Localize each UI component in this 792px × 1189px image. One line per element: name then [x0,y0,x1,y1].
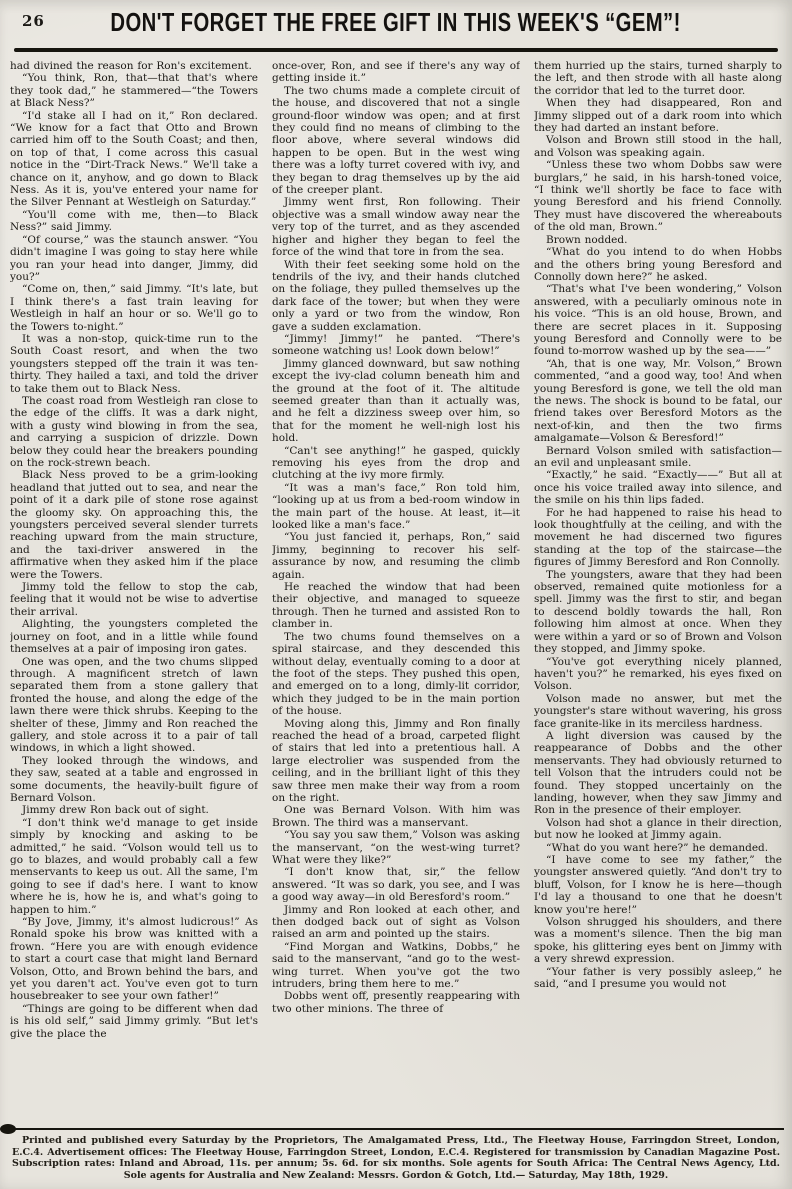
story-column-1: had divined the reason for Ron's excitem… [10,60,258,1124]
story-paragraph: had divined the reason for Ron's excitem… [10,60,258,72]
story-paragraph: Volson shrugged his shoulders, and there… [534,916,782,966]
story-paragraph: The two chums found themselves on a spir… [272,631,520,718]
story-paragraph: They looked through the windows, and the… [10,755,258,805]
story-paragraph: Jimmy drew Ron back out of sight. [10,804,258,816]
story-paragraph: Volson and Brown still stood in the hall… [534,134,782,159]
story-columns: had divined the reason for Ron's excitem… [0,60,792,1124]
story-paragraph: “Come on, then,” said Jimmy. “It's late,… [10,283,258,333]
story-paragraph: Black Ness proved to be a grim-looking h… [10,469,258,581]
story-column-2: once-over, Ron, and see if there's any w… [272,60,520,1124]
story-paragraph: “I don't think we'd manage to get inside… [10,817,258,916]
story-paragraph: “You'll come with me, then—to Black Ness… [10,209,258,234]
story-paragraph: Volson made no answer, but met the young… [534,693,782,730]
story-paragraph: “What do you want here?” he demanded. [534,842,782,854]
page-number: 26 [22,12,45,30]
story-paragraph: The coast road from Westleigh ran close … [10,395,258,469]
footer-rule [10,1128,784,1130]
story-paragraph: “Of course,” was the staunch answer. “Yo… [10,234,258,284]
story-paragraph: Dobbs went off, presently reappearing wi… [272,990,520,1015]
story-paragraph: them hurried up the stairs, turned sharp… [534,60,782,97]
story-paragraph: With their feet seeking some hold on the… [272,259,520,333]
story-paragraph: once-over, Ron, and see if there's any w… [272,60,520,85]
page-header: 26 DON'T FORGET THE FREE GIFT IN THIS WE… [0,0,792,47]
story-paragraph: One was open, and the two chums slipped … [10,656,258,755]
story-paragraph: “You think, Ron, that—that that's where … [10,72,258,109]
story-paragraph: “That's what I've been wondering,” Volso… [534,283,782,357]
story-paragraph: “What do you intend to do when Hobbs and… [534,246,782,283]
story-paragraph: Bernard Volson smiled with satisfaction—… [534,445,782,470]
header-banner: DON'T FORGET THE FREE GIFT IN THIS WEEK'… [111,7,681,38]
header-rule [14,48,778,52]
story-paragraph: “I don't know that, sir,” the fellow ans… [272,866,520,903]
story-paragraph: “Jimmy! Jimmy!” he panted. “There's some… [272,333,520,358]
story-paragraph: “I have come to see my father,” the youn… [534,854,782,916]
story-paragraph: He reached the window that had been thei… [272,581,520,631]
story-paragraph: “Ah, that is one way, Mr. Volson,” Brown… [534,358,782,445]
story-paragraph: One was Bernard Volson. With him was Bro… [272,804,520,829]
story-paragraph: Jimmy and Ron looked at each other, and … [272,904,520,941]
story-paragraph: “By Jove, Jimmy, it's almost ludicrous!”… [10,916,258,1003]
story-paragraph: “I'd stake all I had on it,” Ron declare… [10,110,258,209]
story-paragraph: “Your father is very possibly asleep,” h… [534,966,782,991]
story-paragraph: It was a non-stop, quick-time run to the… [10,333,258,395]
story-paragraph: Jimmy told the fellow to stop the cab, f… [10,581,258,618]
magazine-page: 26 DON'T FORGET THE FREE GIFT IN THIS WE… [0,0,792,1189]
story-paragraph: “Can't see anything!” he gasped, quickly… [272,445,520,482]
story-paragraph: “You say you saw them,” Volson was askin… [272,829,520,866]
story-paragraph: “Things are going to be different when d… [10,1003,258,1040]
story-paragraph: Jimmy glanced downward, but saw nothing … [272,358,520,445]
story-paragraph: Alighting, the youngsters completed the … [10,618,258,655]
story-paragraph: Volson had shot a glance in their direct… [534,817,782,842]
story-paragraph: “You just fancied it, perhaps, Ron,” sai… [272,531,520,581]
story-paragraph: A light diversion was caused by the reap… [534,730,782,817]
imprint-footer: Printed and published every Saturday by … [0,1130,792,1181]
story-paragraph: Moving along this, Jimmy and Ron finally… [272,718,520,805]
story-paragraph: “Exactly,” he said. “Exactly——” But all … [534,469,782,506]
story-paragraph: Brown nodded. [534,234,782,246]
story-paragraph: “Find Morgan and Watkins, Dobbs,” he sai… [272,941,520,991]
story-paragraph: “Unless these two whom Dobbs saw were bu… [534,159,782,233]
story-paragraph: The youngsters, aware that they had been… [534,569,782,656]
story-paragraph: “You've got everything nicely planned, h… [534,656,782,693]
story-paragraph: Jimmy went first, Ron following. Their o… [272,196,520,258]
story-paragraph: When they had disappeared, Ron and Jimmy… [534,97,782,134]
story-paragraph: For he had happened to raise his head to… [534,507,782,569]
story-paragraph: The two chums made a complete circuit of… [272,85,520,197]
story-paragraph: “It was a man's face,” Ron told him, “lo… [272,482,520,532]
imprint-text: Printed and published every Saturday by … [12,1135,780,1181]
story-column-3: them hurried up the stairs, turned sharp… [534,60,782,1124]
